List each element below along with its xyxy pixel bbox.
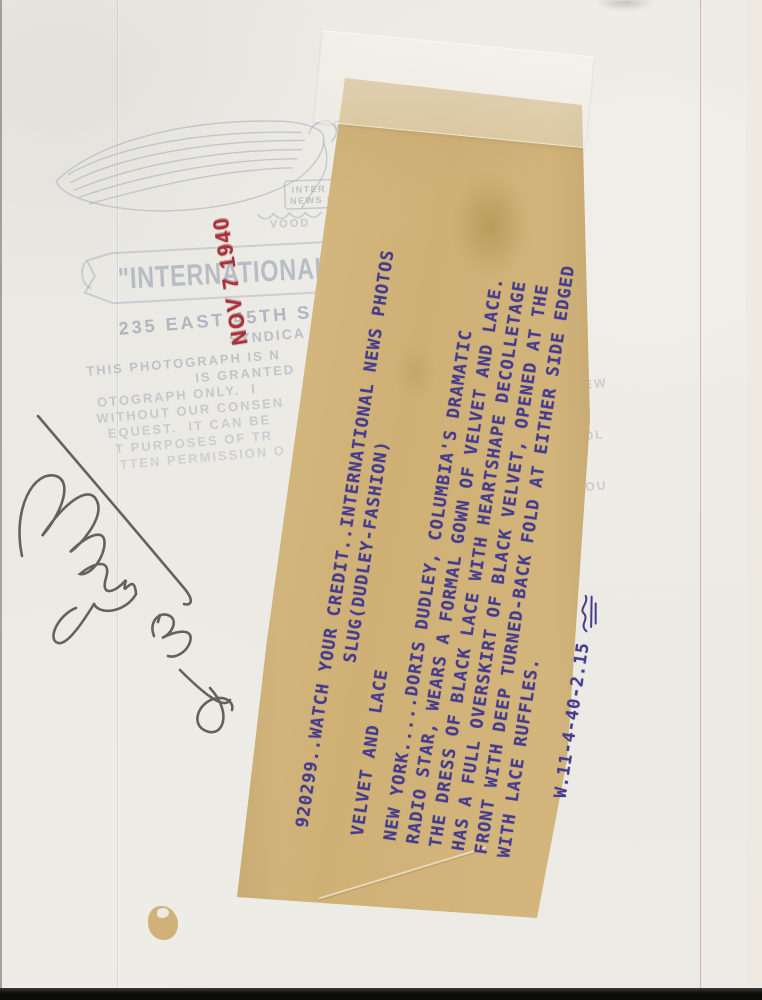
eagle-wing-logo-icon: INTER NEWS P VOOD — [45, 93, 360, 254]
scan-edge-bottom — [0, 988, 762, 1000]
ink-squiggle-icon — [575, 587, 602, 635]
scan-edge-right — [746, 0, 762, 992]
scan-line — [700, 0, 701, 990]
credit-code-text: W.11-4-40-2.15 — [551, 641, 594, 800]
emblem-plaque-line1: INTER — [291, 184, 326, 195]
scan-edge-left — [0, 0, 2, 1000]
paper-chip — [148, 906, 178, 940]
signature-scribble — [8, 408, 258, 748]
emblem-scroll-fragment: VOOD — [270, 217, 311, 230]
photo-verso: INTER NEWS P VOOD "INTERNATIONAL 235 EAS… — [0, 0, 762, 1000]
top-edge-smudge — [585, 0, 665, 16]
